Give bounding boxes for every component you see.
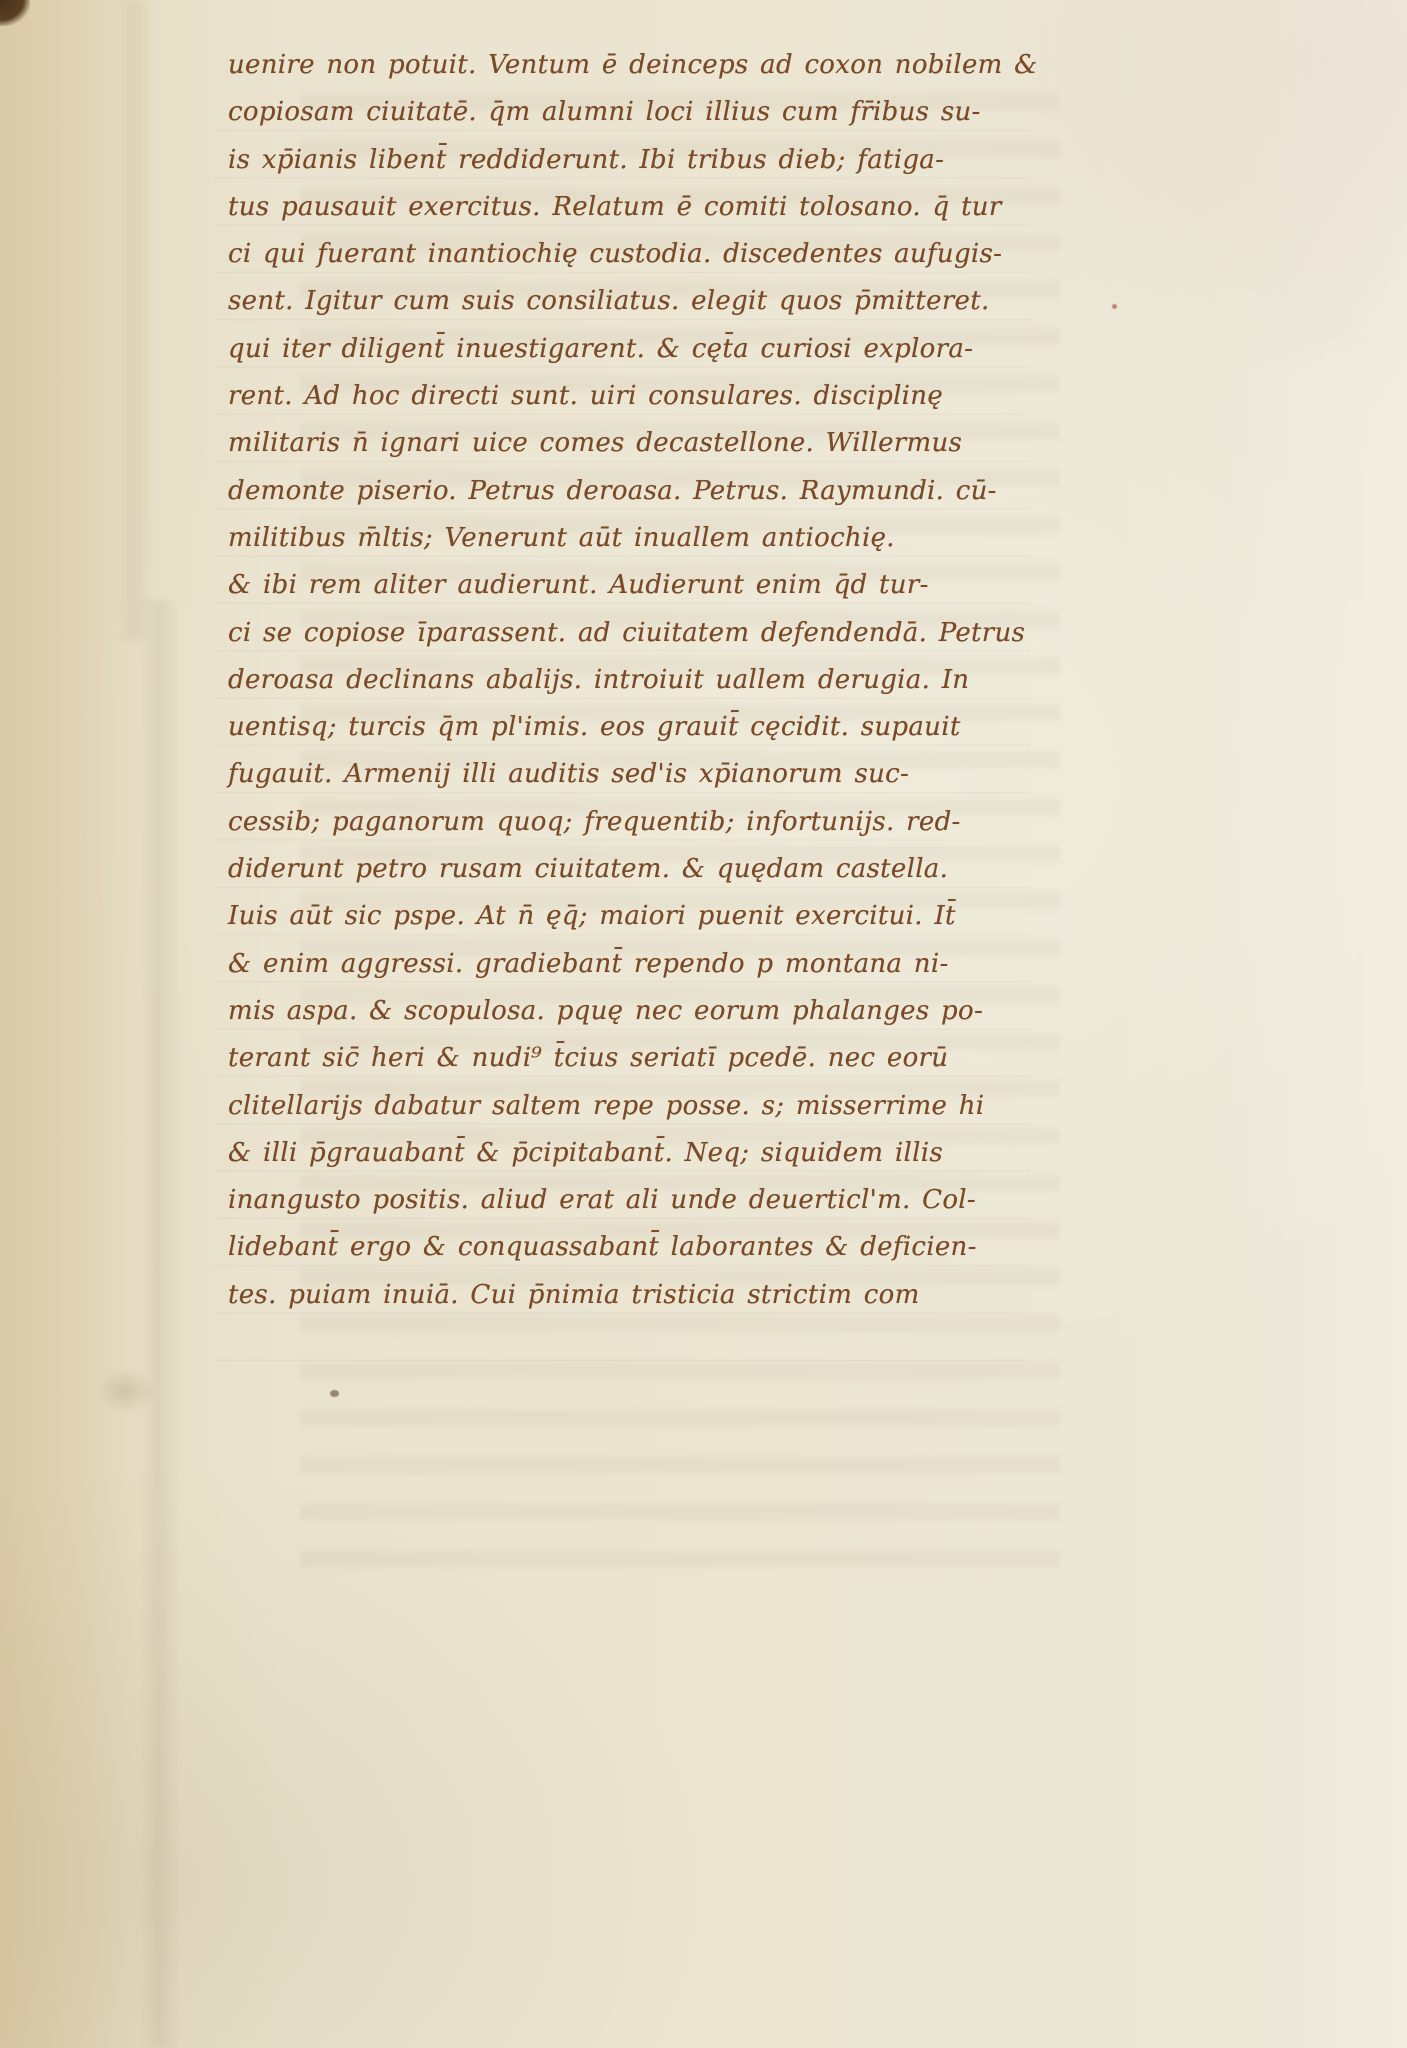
manuscript-line: fugauit. Armenij illi auditis sed'is xp̄…: [228, 751, 1068, 798]
manuscript-line: diderunt petro rusam ciuitatem. & quędam…: [228, 846, 1068, 893]
corner-stain: [0, 0, 30, 26]
manuscript-line: deroasa declinans abalijs. introiuit ual…: [228, 657, 1068, 704]
manuscript-line: cessib; paganorum quoq; frequentib; info…: [228, 799, 1068, 846]
manuscript-line: ci se copiose īparassent. ad ciuitatem d…: [228, 610, 1068, 657]
manuscript-line: militibus m̄ltis; Venerunt aūt inuallem …: [228, 515, 1068, 562]
manuscript-line: ci qui fuerant inantiochię custodia. dis…: [228, 231, 1068, 278]
manuscript-line: qui iter diligent̄ inuestigarent. & cęt̄…: [228, 326, 1068, 373]
parchment-stain: [96, 1368, 156, 1414]
manuscript-line: inangusto positis. aliud erat ali unde d…: [228, 1177, 1068, 1224]
fold-crease-top: [118, 0, 152, 640]
manuscript-line: tus pausauit exercitus. Relatum ē comiti…: [228, 184, 1068, 231]
manuscript-line: tes. puiam inuiā. Cui p̄nimia tristicia …: [228, 1272, 1068, 1319]
manuscript-line: demonte piserio. Petrus deroasa. Petrus.…: [228, 468, 1068, 515]
manuscript-line: terant sic̄ heri & nudi⁹ t̄cius seriatī …: [228, 1035, 1068, 1082]
manuscript-line: is xp̄ianis libent̄ reddiderunt. Ibi tri…: [228, 137, 1068, 184]
manuscript-line: clitellarijs dabatur saltem repe posse. …: [228, 1083, 1068, 1130]
manuscript-line: uenire non potuit. Ventum ē deinceps ad …: [228, 42, 1068, 89]
manuscript-line: rent. Ad hoc directi sunt. uiri consular…: [228, 373, 1068, 420]
manuscript-line: uentisq; turcis q̄m pl'imis. eos grauit̄…: [228, 704, 1068, 751]
ink-speck: [330, 1390, 339, 1397]
manuscript-line: sent. Igitur cum suis consiliatus. elegi…: [228, 278, 1068, 325]
manuscript-line: mis aspa. & scopulosa. pquę nec eorum ph…: [228, 988, 1068, 1035]
manuscript-text-block: uenire non potuit. Ventum ē deinceps ad …: [228, 42, 1068, 1319]
manuscript-line: militaris n̄ ignari uice comes decastell…: [228, 420, 1068, 467]
red-speck: [1112, 304, 1117, 309]
manuscript-line: lidebant̄ ergo & conquassabant̄ laborant…: [228, 1224, 1068, 1271]
manuscript-line: Iuis aūt sic pspe. At n̄ ęq̄; maiori pue…: [228, 893, 1068, 940]
manuscript-line: & ibi rem aliter audierunt. Audierunt en…: [228, 562, 1068, 609]
manuscript-line: & enim aggressi. gradiebant̄ rependo p m…: [228, 941, 1068, 988]
parchment-page: uenire non potuit. Ventum ē deinceps ad …: [0, 0, 1407, 2048]
manuscript-line: copiosam ciuitatē. q̄m alumni loci illiu…: [228, 89, 1068, 136]
manuscript-line: & illi p̄grauabant̄ & p̄cipitabant̄. Neq…: [228, 1130, 1068, 1177]
fold-crease: [140, 600, 180, 2048]
